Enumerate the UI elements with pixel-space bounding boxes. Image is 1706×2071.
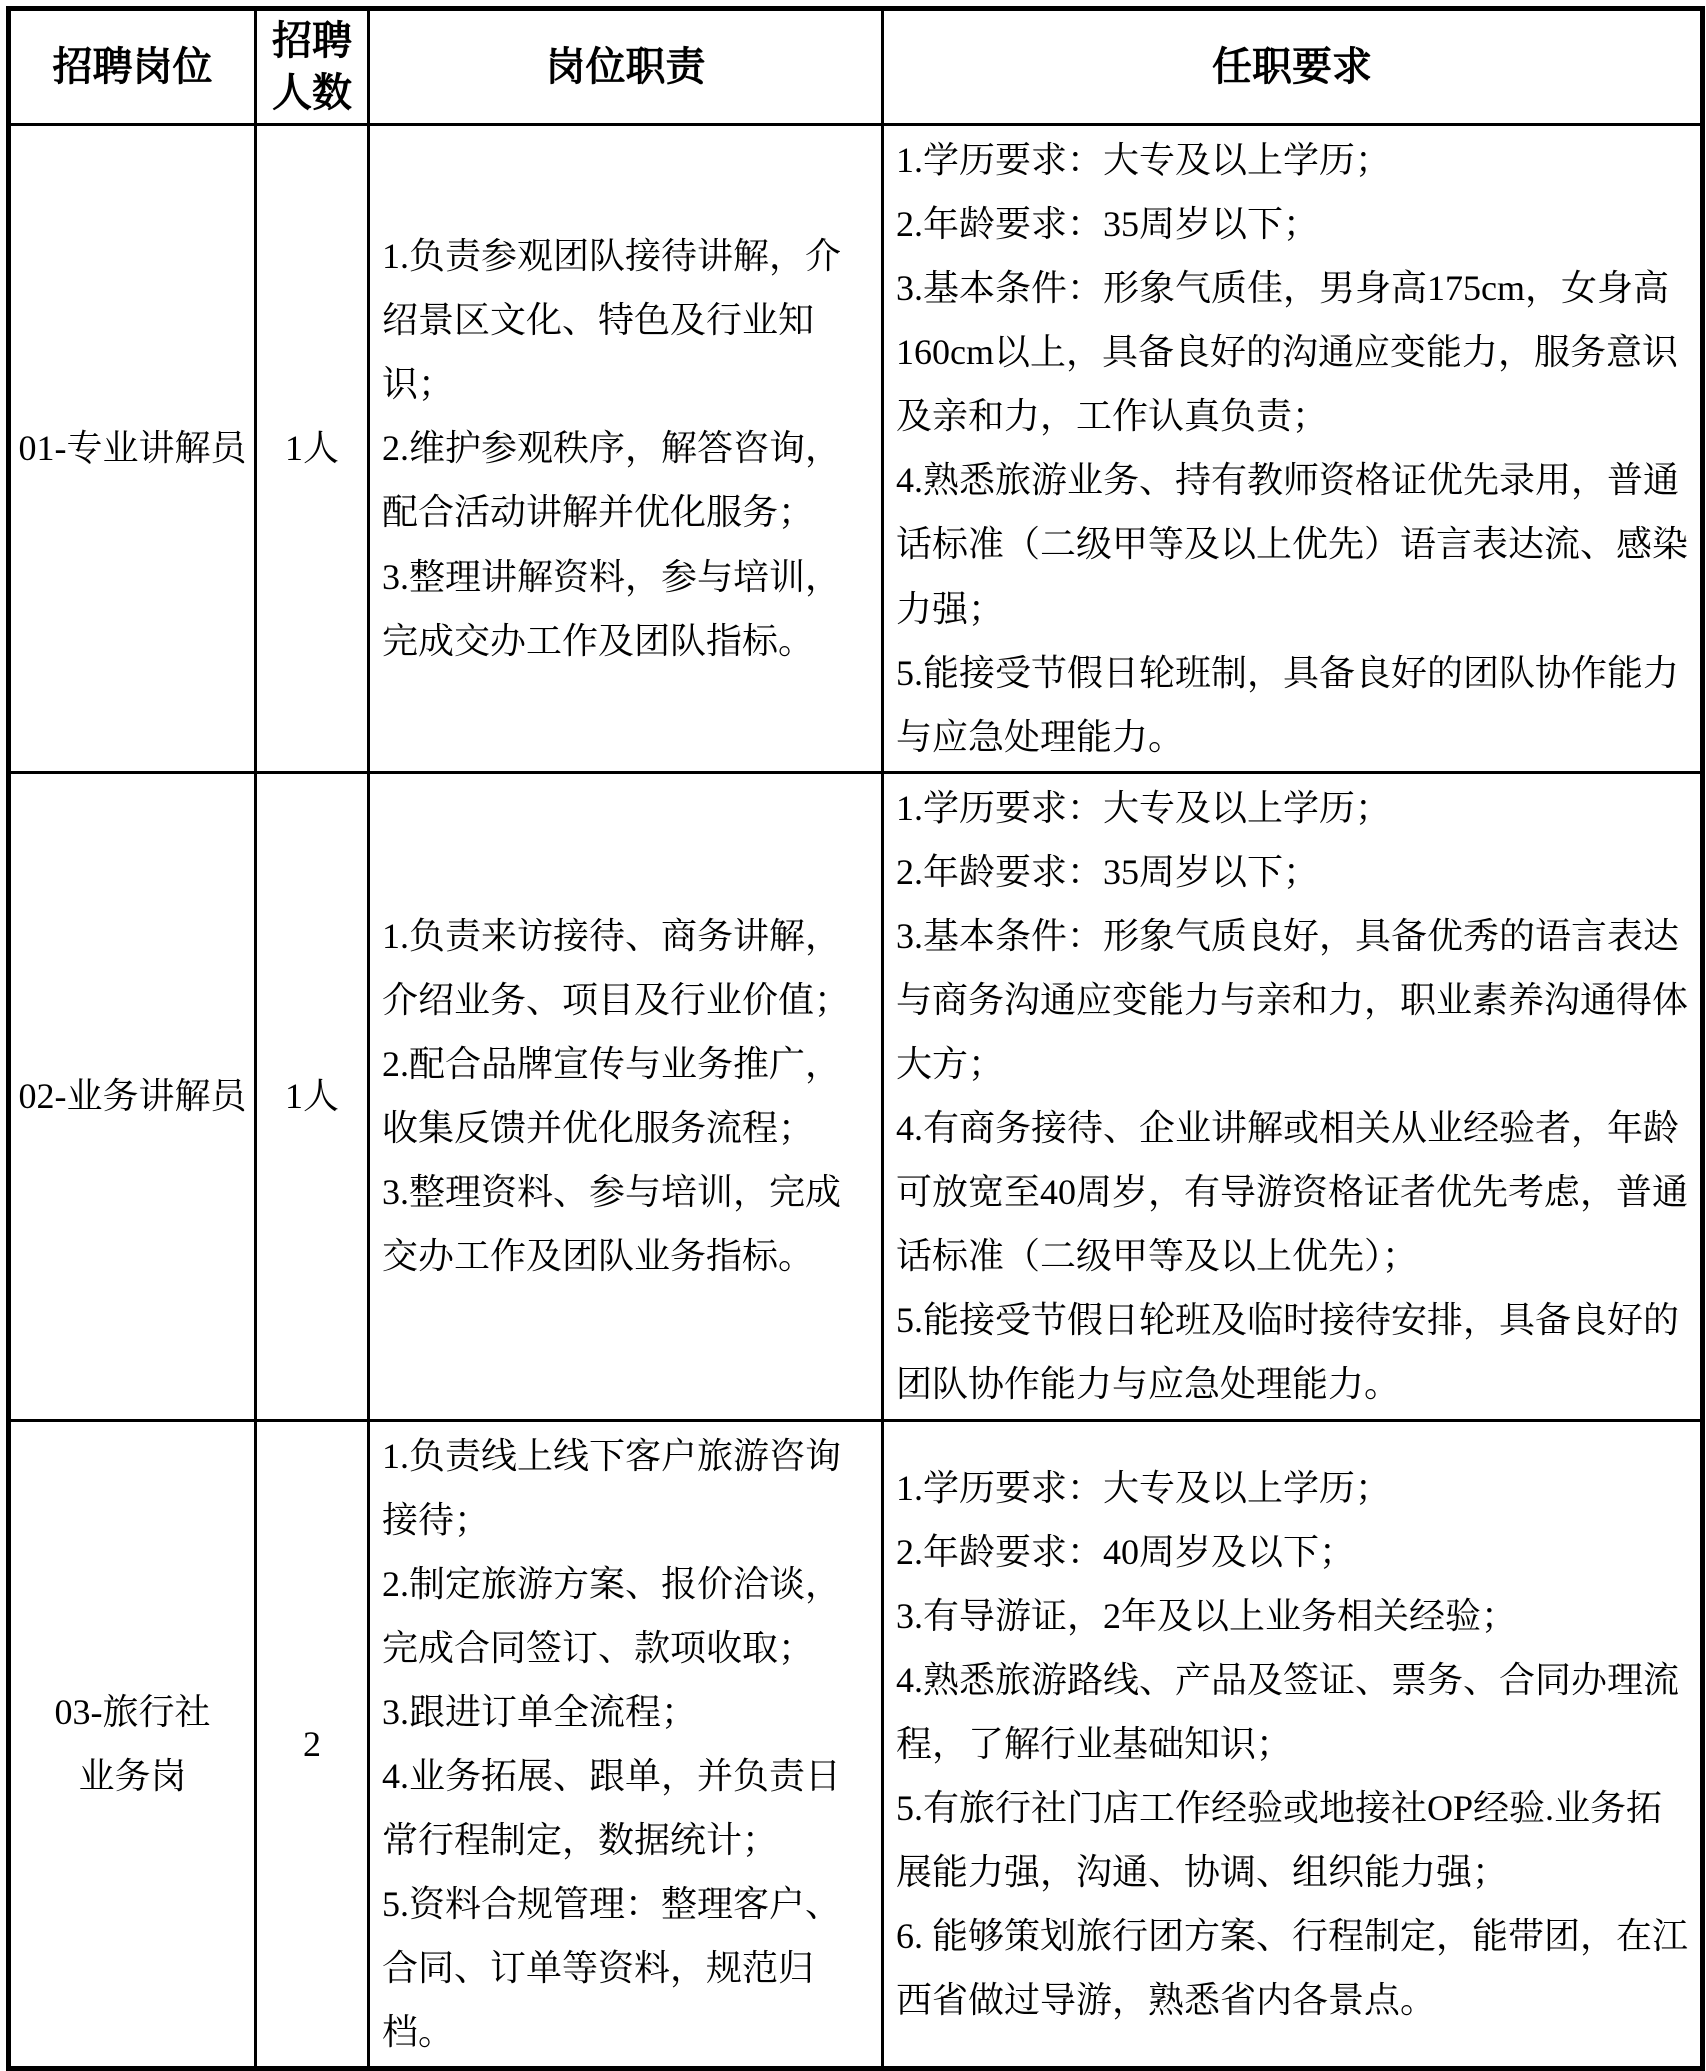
position-cell: 02-业务讲解员: [9, 772, 256, 1420]
recruitment-notice-page: 招聘岗位 招聘 人数 岗位职责 任职要求 01-专业讲解员 1人 1.负责参观团…: [0, 0, 1706, 1632]
headcount-cell: 1人: [256, 125, 369, 773]
duties-cell: 1.负责参观团队接待讲解，介绍景区文化、特色及行业知识； 2.维护参观秩序，解答…: [369, 125, 883, 773]
table-row-position-02: 02-业务讲解员 1人 1.负责来访接待、商务讲解，介绍业务、项目及行业价值； …: [9, 772, 1703, 1420]
headcount-cell: 2: [256, 1420, 369, 2069]
requirements-cell: 1.学历要求：大专及以上学历； 2.年龄要求：35周岁以下； 3.基本条件：形象…: [883, 772, 1703, 1420]
header-position: 招聘岗位: [9, 9, 256, 125]
header-duties: 岗位职责: [369, 9, 883, 125]
header-headcount: 招聘 人数: [256, 9, 369, 125]
recruitment-table: 招聘岗位 招聘 人数 岗位职责 任职要求 01-专业讲解员 1人 1.负责参观团…: [6, 6, 1705, 2071]
duties-cell: 1.负责来访接待、商务讲解，介绍业务、项目及行业价值； 2.配合品牌宣传与业务推…: [369, 772, 883, 1420]
header-requirements: 任职要求: [883, 9, 1703, 125]
position-cell: 03-旅行社 业务岗: [9, 1420, 256, 2069]
table-row-position-01: 01-专业讲解员 1人 1.负责参观团队接待讲解，介绍景区文化、特色及行业知识；…: [9, 125, 1703, 773]
requirements-cell: 1.学历要求：大专及以上学历； 2.年龄要求：40周岁及以下； 3.有导游证，2…: [883, 1420, 1703, 2069]
requirements-cell: 1.学历要求：大专及以上学历； 2.年龄要求：35周岁以下； 3.基本条件：形象…: [883, 125, 1703, 773]
table-row-position-03: 03-旅行社 业务岗 2 1.负责线上线下客户旅游咨询接待； 2.制定旅游方案、…: [9, 1420, 1703, 2069]
duties-cell: 1.负责线上线下客户旅游咨询接待； 2.制定旅游方案、报价洽谈，完成合同签订、款…: [369, 1420, 883, 2069]
header-row: 招聘岗位 招聘 人数 岗位职责 任职要求: [9, 9, 1703, 125]
headcount-cell: 1人: [256, 772, 369, 1420]
position-cell: 01-专业讲解员: [9, 125, 256, 773]
